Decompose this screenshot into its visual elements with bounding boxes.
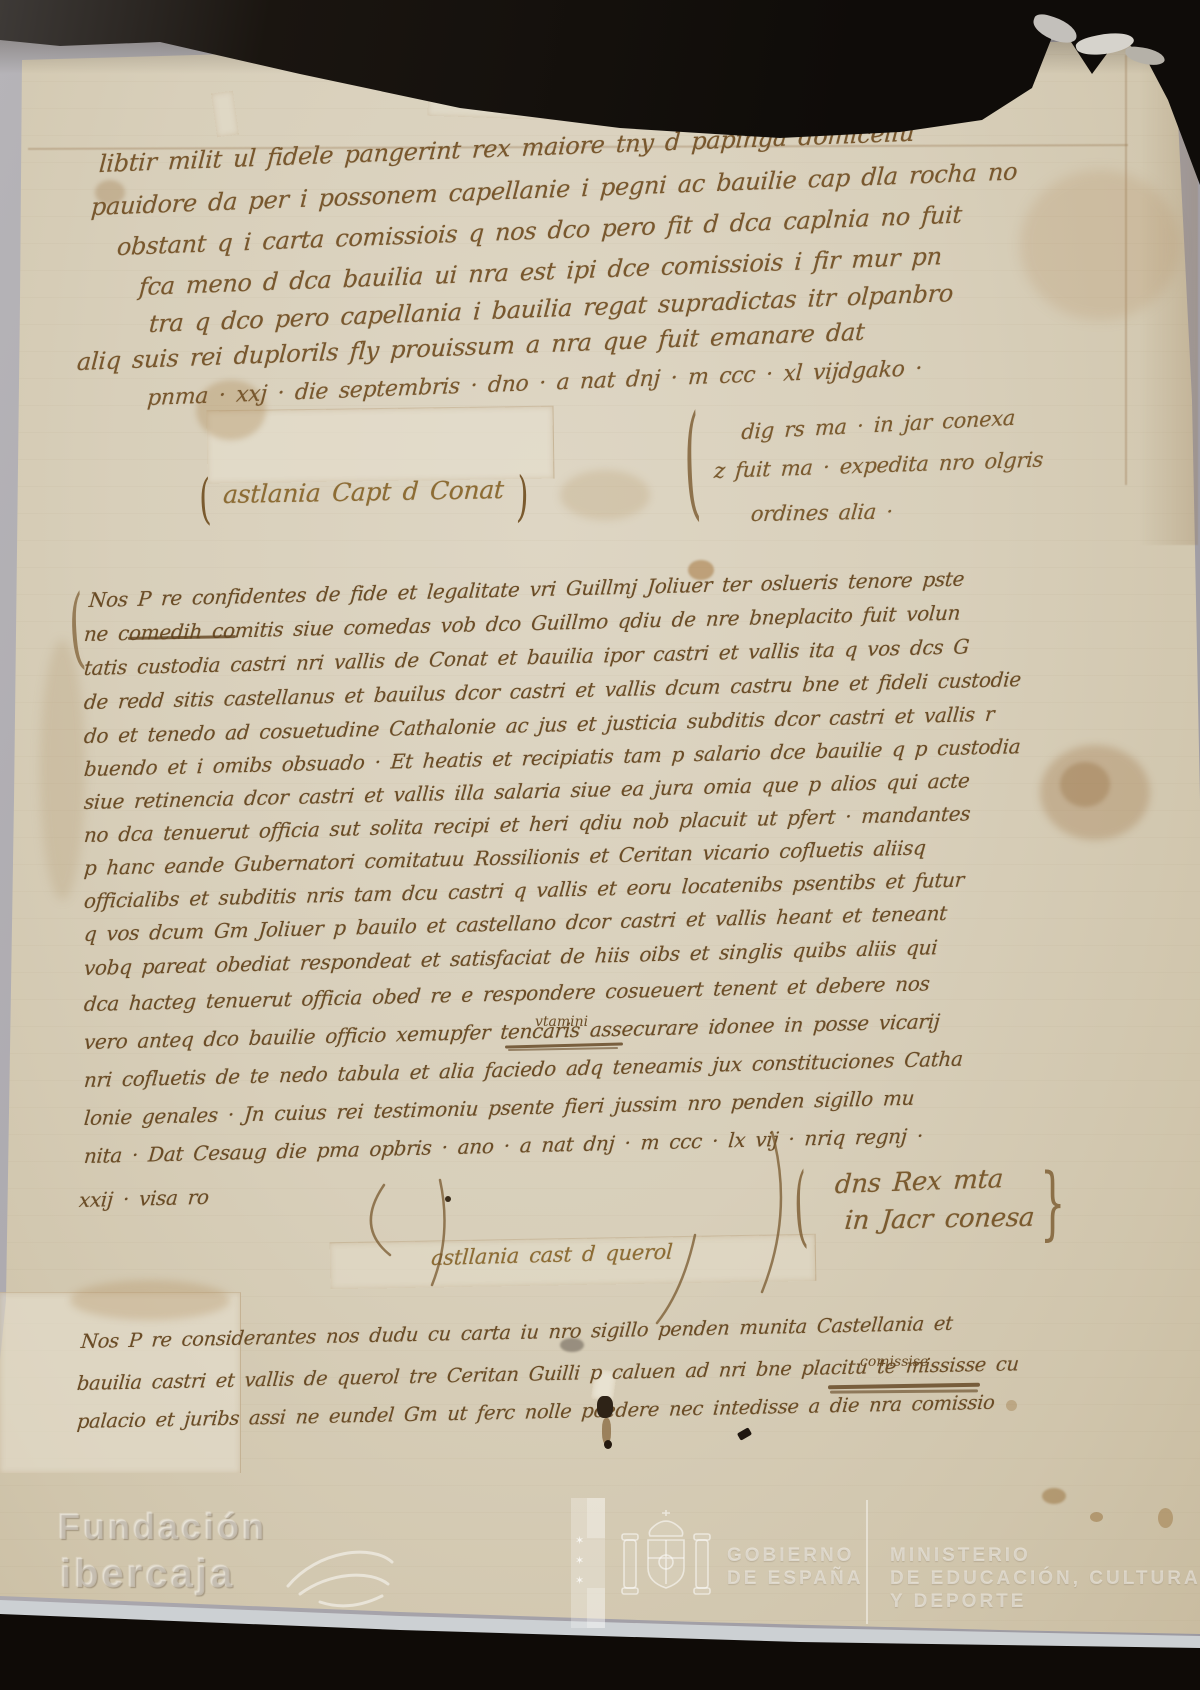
stain xyxy=(1020,170,1180,320)
gobierno-watermark-title: GOBIERNO xyxy=(727,1545,854,1567)
margin-note-line: in Jacr conesa xyxy=(843,1203,1035,1236)
stain xyxy=(1158,1508,1173,1528)
ibercaja-swan-icon xyxy=(280,1542,400,1612)
ink-blot xyxy=(597,1396,613,1418)
margin-note-line: ordines alia · xyxy=(750,500,894,527)
watermark-divider xyxy=(866,1500,868,1624)
ink-dot xyxy=(445,1196,451,1202)
ministerio-watermark-line1: MINISTERIO xyxy=(890,1545,1031,1567)
stain xyxy=(70,1280,230,1320)
stain xyxy=(1042,1488,1066,1504)
ink-smudge xyxy=(560,1338,584,1352)
margin-note-brace: } xyxy=(1040,1158,1065,1250)
entry-heading-conat: astlania Capt d Conat xyxy=(222,475,504,509)
spain-coat-of-arms-icon xyxy=(618,1506,714,1610)
ink-drip-tip xyxy=(604,1440,612,1449)
flag-strip-notch xyxy=(587,1498,605,1538)
interlinear-correction: comissise xyxy=(860,1354,928,1370)
stain xyxy=(1090,1512,1103,1522)
fundacion-watermark-line1: Fundación xyxy=(58,1506,267,1548)
star-icon: ✶ xyxy=(575,1574,584,1587)
margin-note-line: dns Rex mta xyxy=(834,1164,1004,1200)
star-icon: ✶ xyxy=(575,1554,584,1567)
manuscript-closing-line: xxij · visa ro xyxy=(78,1185,210,1212)
ministerio-watermark-line3: Y DEPORTE xyxy=(890,1591,1026,1613)
interlinear-correction: vtamini xyxy=(535,1014,588,1030)
star-icon: ✶ xyxy=(575,1534,584,1547)
stain xyxy=(1060,762,1110,807)
gobierno-watermark-subtitle: DE ESPAÑA xyxy=(727,1568,863,1590)
pen-flourishes xyxy=(340,1120,820,1330)
heading-open-bracket: ( xyxy=(198,469,212,533)
manuscript-scan-page: libtir milit ul fidele pangerint rex mai… xyxy=(0,0,1200,1690)
ministerio-watermark-line2: DE EDUCACIÓN, CULTURA xyxy=(890,1568,1200,1590)
fundacion-watermark-line2: ibercaja xyxy=(60,1552,235,1597)
flag-strip-notch xyxy=(587,1588,605,1628)
stain xyxy=(560,470,650,520)
stain xyxy=(1006,1400,1017,1411)
heading-close-bracket: ) xyxy=(516,466,530,530)
